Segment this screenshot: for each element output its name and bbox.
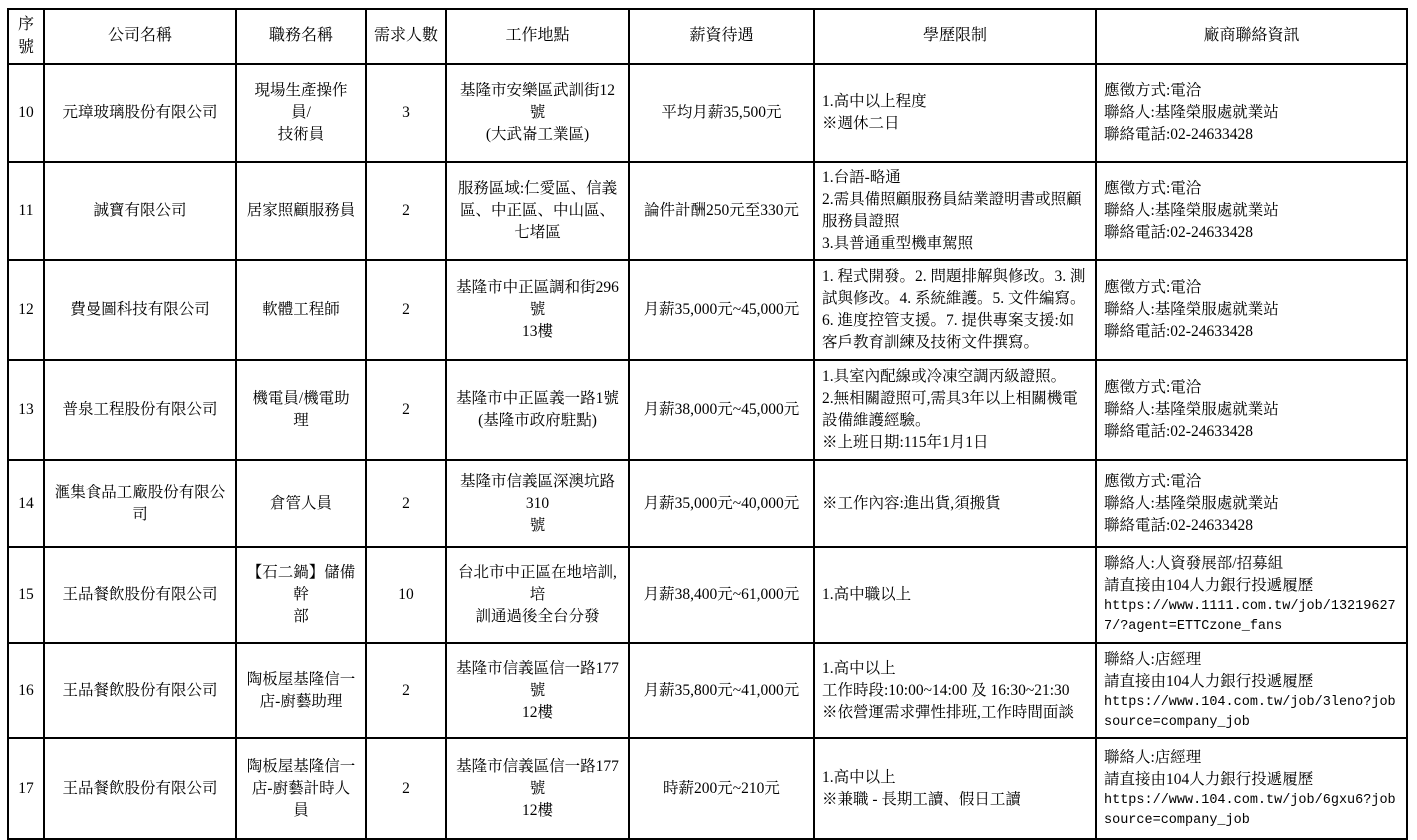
cell-salary: 月薪35,800元~41,000元 bbox=[629, 643, 814, 738]
cell-location: 基隆市安樂區武訓街12號 (大武崙工業區) bbox=[446, 64, 629, 162]
cell-education: 1.具室內配線或冷凍空調丙級證照。 2.無相關證照可,需具3年以上相關機電設備維… bbox=[814, 360, 1096, 460]
cell-headcount: 2 bbox=[366, 460, 446, 547]
cell-location: 基隆市信義區信一路177號 12樓 bbox=[446, 738, 629, 839]
cell-education: 1.台語-略通 2.需具備照顧服務員結業證明書或照顧服務員證照 3.具普通重型機… bbox=[814, 162, 1096, 260]
cell-salary: 月薪38,400元~61,000元 bbox=[629, 547, 814, 643]
cell-salary: 平均月薪35,500元 bbox=[629, 64, 814, 162]
cell-location: 基隆市信義區信一路177號 12樓 bbox=[446, 643, 629, 738]
cell-job-title: 陶板屋基隆信一 店-廚藝助理 bbox=[236, 643, 366, 738]
cell-headcount: 10 bbox=[366, 547, 446, 643]
contact-text: 聯絡人:店經理 請直接由104人力銀行投遞履歷 bbox=[1104, 747, 1398, 791]
cell-company: 王品餐飲股份有限公司 bbox=[44, 643, 236, 738]
contact-url: https://www.1111.com.tw/job/132196277/?a… bbox=[1104, 597, 1398, 638]
cell-serial: 17 bbox=[8, 738, 44, 839]
cell-job-title: 陶板屋基隆信一 店-廚藝計時人員 bbox=[236, 738, 366, 839]
cell-contact: 應徵方式:電洽 聯絡人:基隆榮服處就業站 聯絡電話:02-24633428 bbox=[1096, 64, 1407, 162]
cell-salary: 時薪200元~210元 bbox=[629, 738, 814, 839]
cell-job-title: 居家照顧服務員 bbox=[236, 162, 366, 260]
cell-serial: 15 bbox=[8, 547, 44, 643]
cell-company: 王品餐飲股份有限公司 bbox=[44, 547, 236, 643]
cell-headcount: 2 bbox=[366, 738, 446, 839]
contact-text: 應徵方式:電洽 聯絡人:基隆榮服處就業站 聯絡電話:02-24633428 bbox=[1104, 377, 1398, 443]
cell-serial: 10 bbox=[8, 64, 44, 162]
cell-education: 1.高中以上 ※兼職 - 長期工讀、假日工讀 bbox=[814, 738, 1096, 839]
cell-contact: 聯絡人:店經理 請直接由104人力銀行投遞履歷 https://www.104.… bbox=[1096, 643, 1407, 738]
col-header-headcount: 需求人數 bbox=[366, 9, 446, 64]
cell-serial: 11 bbox=[8, 162, 44, 260]
table-row: 12 費曼圖科技有限公司 軟體工程師 2 基隆市中正區調和街296號 13樓 月… bbox=[8, 260, 1407, 360]
cell-serial: 13 bbox=[8, 360, 44, 460]
contact-text: 應徵方式:電洽 聯絡人:基隆榮服處就業站 聯絡電話:02-24633428 bbox=[1104, 471, 1398, 537]
col-header-company: 公司名稱 bbox=[44, 9, 236, 64]
table-header-row: 序號 公司名稱 職務名稱 需求人數 工作地點 薪資待遇 學歷限制 廠商聯絡資訊 bbox=[8, 9, 1407, 64]
col-header-contact: 廠商聯絡資訊 bbox=[1096, 9, 1407, 64]
cell-contact: 聯絡人:人資發展部/招募組 請直接由104人力銀行投遞履歷 https://ww… bbox=[1096, 547, 1407, 643]
cell-serial: 14 bbox=[8, 460, 44, 547]
cell-education: 1.高中以上程度 ※週休二日 bbox=[814, 64, 1096, 162]
cell-job-title: 倉管人員 bbox=[236, 460, 366, 547]
cell-job-title: 現場生產操作員/ 技術員 bbox=[236, 64, 366, 162]
col-header-location: 工作地點 bbox=[446, 9, 629, 64]
cell-serial: 16 bbox=[8, 643, 44, 738]
cell-contact: 應徵方式:電洽 聯絡人:基隆榮服處就業站 聯絡電話:02-24633428 bbox=[1096, 360, 1407, 460]
table-row: 10 元璋玻璃股份有限公司 現場生產操作員/ 技術員 3 基隆市安樂區武訓街12… bbox=[8, 64, 1407, 162]
contact-url: https://www.104.com.tw/job/3leno?jobsour… bbox=[1104, 693, 1398, 734]
cell-headcount: 2 bbox=[366, 260, 446, 360]
cell-contact: 聯絡人:店經理 請直接由104人力銀行投遞履歷 https://www.104.… bbox=[1096, 738, 1407, 839]
cell-company: 滙集食品工廠股份有限公司 bbox=[44, 460, 236, 547]
col-header-salary: 薪資待遇 bbox=[629, 9, 814, 64]
cell-salary: 月薪35,000元~45,000元 bbox=[629, 260, 814, 360]
document-page: 序號 公司名稱 職務名稱 需求人數 工作地點 薪資待遇 學歷限制 廠商聯絡資訊 … bbox=[0, 0, 1417, 827]
col-header-serial: 序號 bbox=[8, 9, 44, 64]
contact-text: 應徵方式:電洽 聯絡人:基隆榮服處就業站 聯絡電話:02-24633428 bbox=[1104, 80, 1398, 146]
table-row: 14 滙集食品工廠股份有限公司 倉管人員 2 基隆市信義區深澳坑路310 號 月… bbox=[8, 460, 1407, 547]
cell-company: 誠寶有限公司 bbox=[44, 162, 236, 260]
cell-contact: 應徵方式:電洽 聯絡人:基隆榮服處就業站 聯絡電話:02-24633428 bbox=[1096, 460, 1407, 547]
cell-location: 台北市中正區在地培訓,培 訓通過後全台分發 bbox=[446, 547, 629, 643]
contact-text: 聯絡人:人資發展部/招募組 請直接由104人力銀行投遞履歷 bbox=[1104, 553, 1398, 597]
cell-job-title: 【石二鍋】儲備幹 部 bbox=[236, 547, 366, 643]
cell-salary: 月薪35,000元~40,000元 bbox=[629, 460, 814, 547]
cell-company: 普泉工程股份有限公司 bbox=[44, 360, 236, 460]
cell-job-title: 機電員/機電助理 bbox=[236, 360, 366, 460]
contact-text: 應徵方式:電洽 聯絡人:基隆榮服處就業站 聯絡電話:02-24633428 bbox=[1104, 277, 1398, 343]
cell-education: 1.高中以上 工作時段:10:00~14:00 及 16:30~21:30 ※依… bbox=[814, 643, 1096, 738]
cell-salary: 月薪38,000元~45,000元 bbox=[629, 360, 814, 460]
job-listings-table: 序號 公司名稱 職務名稱 需求人數 工作地點 薪資待遇 學歷限制 廠商聯絡資訊 … bbox=[7, 8, 1408, 840]
table-row: 11 誠寶有限公司 居家照顧服務員 2 服務區域:仁愛區、信義區、中正區、中山區… bbox=[8, 162, 1407, 260]
contact-url: https://www.104.com.tw/job/6gxu6?jobsour… bbox=[1104, 791, 1398, 832]
cell-location: 服務區域:仁愛區、信義區、中正區、中山區、七堵區 bbox=[446, 162, 629, 260]
table-row: 17 王品餐飲股份有限公司 陶板屋基隆信一 店-廚藝計時人員 2 基隆市信義區信… bbox=[8, 738, 1407, 839]
cell-job-title: 軟體工程師 bbox=[236, 260, 366, 360]
cell-location: 基隆市中正區義一路1號 (基隆市政府駐點) bbox=[446, 360, 629, 460]
table-row: 16 王品餐飲股份有限公司 陶板屋基隆信一 店-廚藝助理 2 基隆市信義區信一路… bbox=[8, 643, 1407, 738]
col-header-education: 學歷限制 bbox=[814, 9, 1096, 64]
col-header-job-title: 職務名稱 bbox=[236, 9, 366, 64]
cell-company: 費曼圖科技有限公司 bbox=[44, 260, 236, 360]
cell-contact: 應徵方式:電洽 聯絡人:基隆榮服處就業站 聯絡電話:02-24633428 bbox=[1096, 162, 1407, 260]
table-row: 13 普泉工程股份有限公司 機電員/機電助理 2 基隆市中正區義一路1號 (基隆… bbox=[8, 360, 1407, 460]
contact-text: 聯絡人:店經理 請直接由104人力銀行投遞履歷 bbox=[1104, 649, 1398, 693]
cell-education: 1. 程式開發。2. 問題排解與修改。3. 測試與修改。4. 系統維護。5. 文… bbox=[814, 260, 1096, 360]
cell-education: ※工作內容:進出貨,須搬貨 bbox=[814, 460, 1096, 547]
cell-contact: 應徵方式:電洽 聯絡人:基隆榮服處就業站 聯絡電話:02-24633428 bbox=[1096, 260, 1407, 360]
cell-headcount: 3 bbox=[366, 64, 446, 162]
cell-salary: 論件計酬250元至330元 bbox=[629, 162, 814, 260]
contact-text: 應徵方式:電洽 聯絡人:基隆榮服處就業站 聯絡電話:02-24633428 bbox=[1104, 178, 1398, 244]
cell-headcount: 2 bbox=[366, 360, 446, 460]
cell-headcount: 2 bbox=[366, 643, 446, 738]
cell-serial: 12 bbox=[8, 260, 44, 360]
cell-company: 王品餐飲股份有限公司 bbox=[44, 738, 236, 839]
cell-location: 基隆市中正區調和街296號 13樓 bbox=[446, 260, 629, 360]
table-row: 15 王品餐飲股份有限公司 【石二鍋】儲備幹 部 10 台北市中正區在地培訓,培… bbox=[8, 547, 1407, 643]
cell-education: 1.高中職以上 bbox=[814, 547, 1096, 643]
cell-location: 基隆市信義區深澳坑路310 號 bbox=[446, 460, 629, 547]
cell-company: 元璋玻璃股份有限公司 bbox=[44, 64, 236, 162]
cell-headcount: 2 bbox=[366, 162, 446, 260]
